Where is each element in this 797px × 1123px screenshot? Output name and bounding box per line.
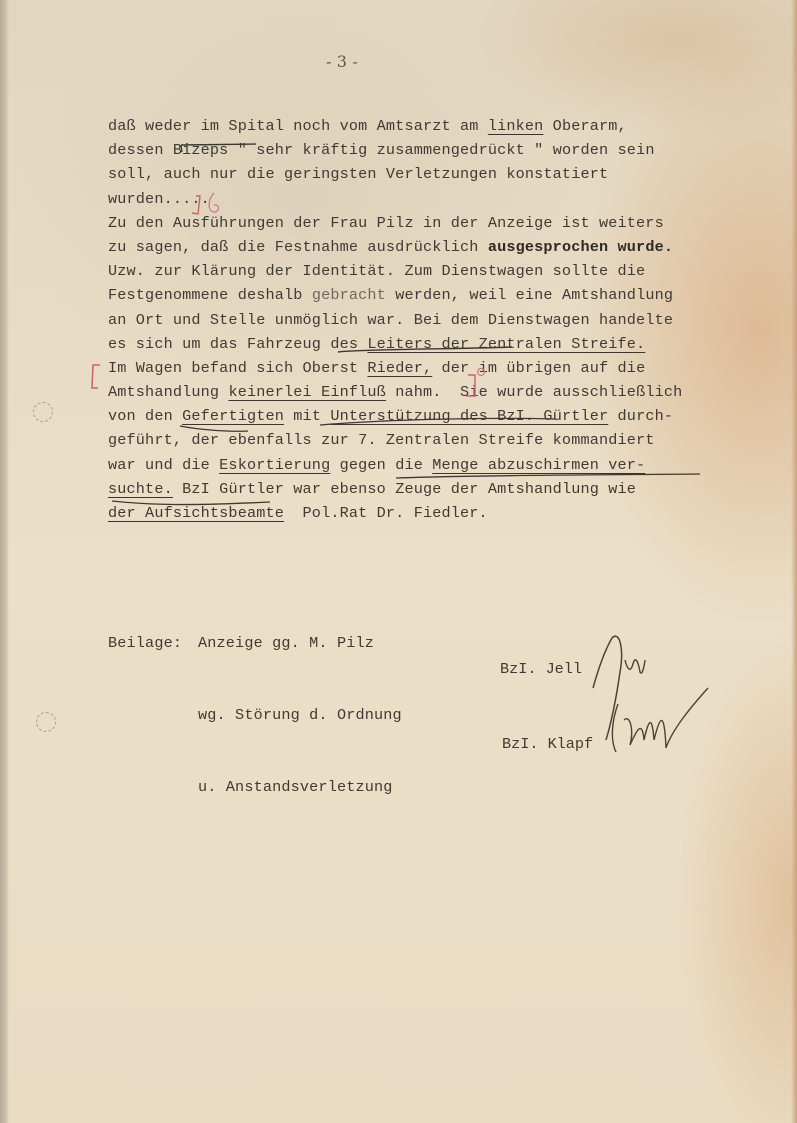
document-page: - 3 - daß weder im Spital noch vom Amtsa… [0,0,797,1123]
handwritten-signature-icon [0,0,797,1123]
